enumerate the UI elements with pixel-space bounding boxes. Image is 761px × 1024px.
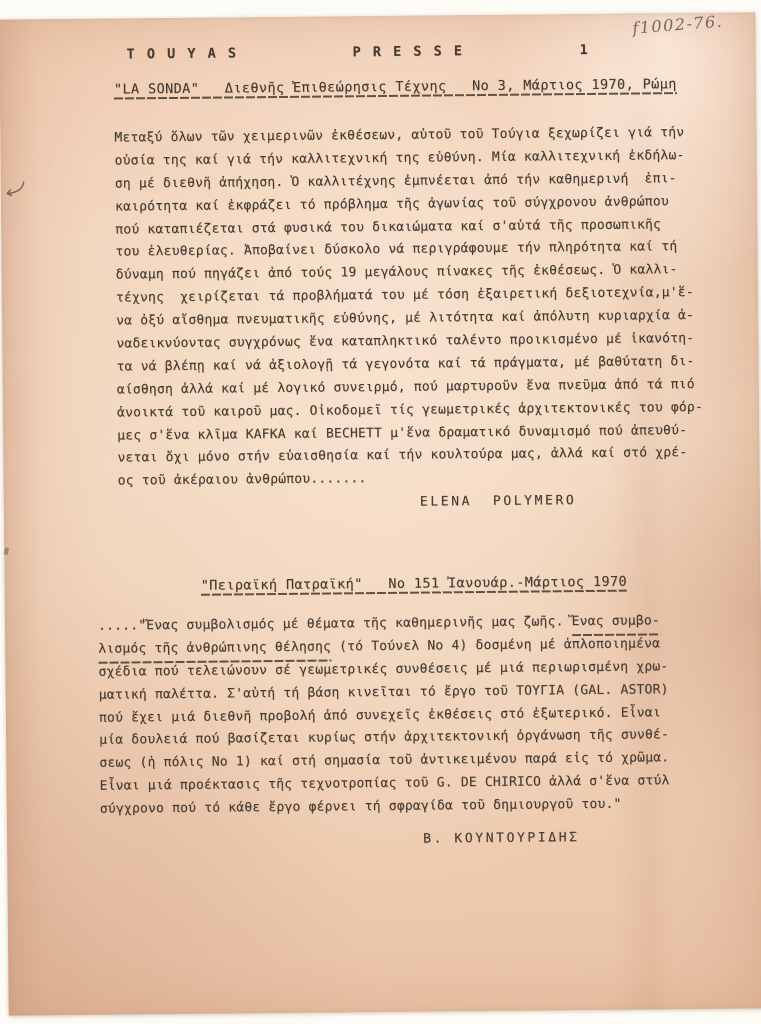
text-segment: ματική παλέττα. Σ'αὐτή τή βάση κινεῖται …: [99, 682, 669, 702]
text-segment: πού ἔχει μιά διεθνῆ προβολή ἀπό συνεχεῖς…: [99, 705, 661, 725]
page-number: 1: [579, 42, 589, 58]
paper-speck: [4, 547, 9, 555]
text-segment: ση μέ διεθνῆ ἀπήχηση. Ὁ καλλιτέχνης ἐμπν…: [115, 171, 677, 191]
text-line: ος τοῦ ἀκέραιου ἀνθρώπου.......: [118, 465, 704, 494]
text-segment: δύναμη πού πηγάζει ἀπό τούς 19 μεγάλους …: [116, 262, 678, 282]
text-line: σύγχρονο πού τό κάθε ἔργο φέρνει τή σφρα…: [100, 793, 670, 821]
text-segment: Μεταξύ ὅλων τῶν χειμερινῶν ἐκθέσεων, αὐτ…: [114, 125, 684, 145]
handwritten-note: f1002-76.: [632, 12, 724, 38]
paper-sheet: f1002-76. T O U Y A S P R E S S E 1 "LA …: [0, 12, 761, 1015]
text-segment: τα νά βλέπῃ καί νά ἀξιολογῇ τά γεγονότα …: [117, 354, 695, 375]
press-header-word: P R E S S E: [352, 43, 464, 60]
text-segment: μες σ'ἕνα κλῖμα KAFKA καί BECHETT μ'ἕνα …: [117, 423, 687, 443]
text-segment: Εἶναι μιά προέκτασις τῆς τεχνοτροπίας το…: [100, 773, 670, 793]
text-segment: ος τοῦ ἀκέραιου ἀνθρώπου.......: [118, 472, 367, 489]
text-segment: οὐσία της καί γιά τήν καλλιτεχνική της ε…: [115, 148, 685, 168]
signature-elena-polymero: ELENA POLYMERO: [420, 493, 577, 510]
section-title-la-sonda: "LA SONDA" Διεθνῆς Ἐπιθεώρησις Τέχνης Νο…: [114, 76, 677, 97]
text-segment: καιρότητα καί ἐκφράζει τό πρόβλημα τῆς ἀ…: [115, 194, 669, 214]
section-title-text: "Πειραϊκή Πατραϊκή" Νο 151 Ἰανουάρ.-Μάρτ…: [201, 574, 628, 594]
text-segment: πού καταπιέζεται στά φυσικά του δικαιώμα…: [115, 217, 661, 237]
text-segment: μία δουλειά πού βασίζεται κυρίως στήν ἀρ…: [99, 728, 669, 748]
text-segment: Ἕνας συμβο-: [572, 610, 661, 634]
ink-mark: [3, 179, 29, 201]
text-line: ....."Ἕνας συμβολισμός μέ θέματα τῆς καθ…: [98, 610, 668, 638]
text-segment: του ἐλευθερίας. Ἀποβαίνει δύσκολο νά περ…: [115, 240, 677, 260]
article-body-la-sonda: Μεταξύ ὅλων τῶν χειμερινῶν ἐκθέσεων, αὐτ…: [114, 122, 703, 494]
text-segment: νεται ὄχι μόνο στήν εὐαισθησία καί τήν κ…: [117, 446, 687, 466]
text-segment: αίσθηση ἀλλά καί μέ λογικό συνειρμό, πού…: [117, 377, 695, 398]
section-title-text: "LA SONDA" Διεθνῆς Ἐπιθεώρησις Τέχνης Νο…: [114, 76, 677, 97]
text-segment: λισμός τῆς ἀνθρώπινης θέλησης: [98, 636, 331, 661]
section-title-peiraiki-patraiki: "Πειραϊκή Πατραϊκή" Νο 151 Ἰανουάρ.-Μάρτ…: [201, 574, 628, 594]
text-segment: ἀνοικτά τοῦ καιροῦ μας. Οἰκοδομεῖ τίς γε…: [117, 400, 703, 421]
text-segment: ....."Ἕνας συμβολισμός μέ θέματα τῆς καθ…: [98, 614, 572, 634]
press-agency-name: T O U Y A S: [126, 45, 238, 62]
text-segment: ναδεικνύοντας συγχρόνως ἕνα καταπληκτικό…: [116, 331, 694, 352]
signature-kountouridis: Β. ΚΟΥΝΤΟΥΡΙΔΗΣ: [423, 830, 580, 847]
article-body-peiraiki-patraiki: ....."Ἕνας συμβολισμός μέ θέματα τῆς καθ…: [98, 610, 670, 821]
text-segment: σεως (ἡ πόλις Νο 1) καί στή σημασία τοῦ …: [99, 751, 669, 771]
text-segment: (τό Τούνελ Νο 4) δοσμένη μέ ἁπλοποιημένα: [331, 636, 660, 654]
text-segment: τέχνης χειρίζεται τά προβλήματά του μέ τ…: [116, 285, 694, 306]
text-segment: να ὀξύ αἴσθημα πνευματικῆς εὐθύνης, μέ λ…: [116, 308, 694, 329]
text-segment: σύγχρονο πού τό κάθε ἔργο φέρνει τή σφρα…: [100, 797, 622, 817]
